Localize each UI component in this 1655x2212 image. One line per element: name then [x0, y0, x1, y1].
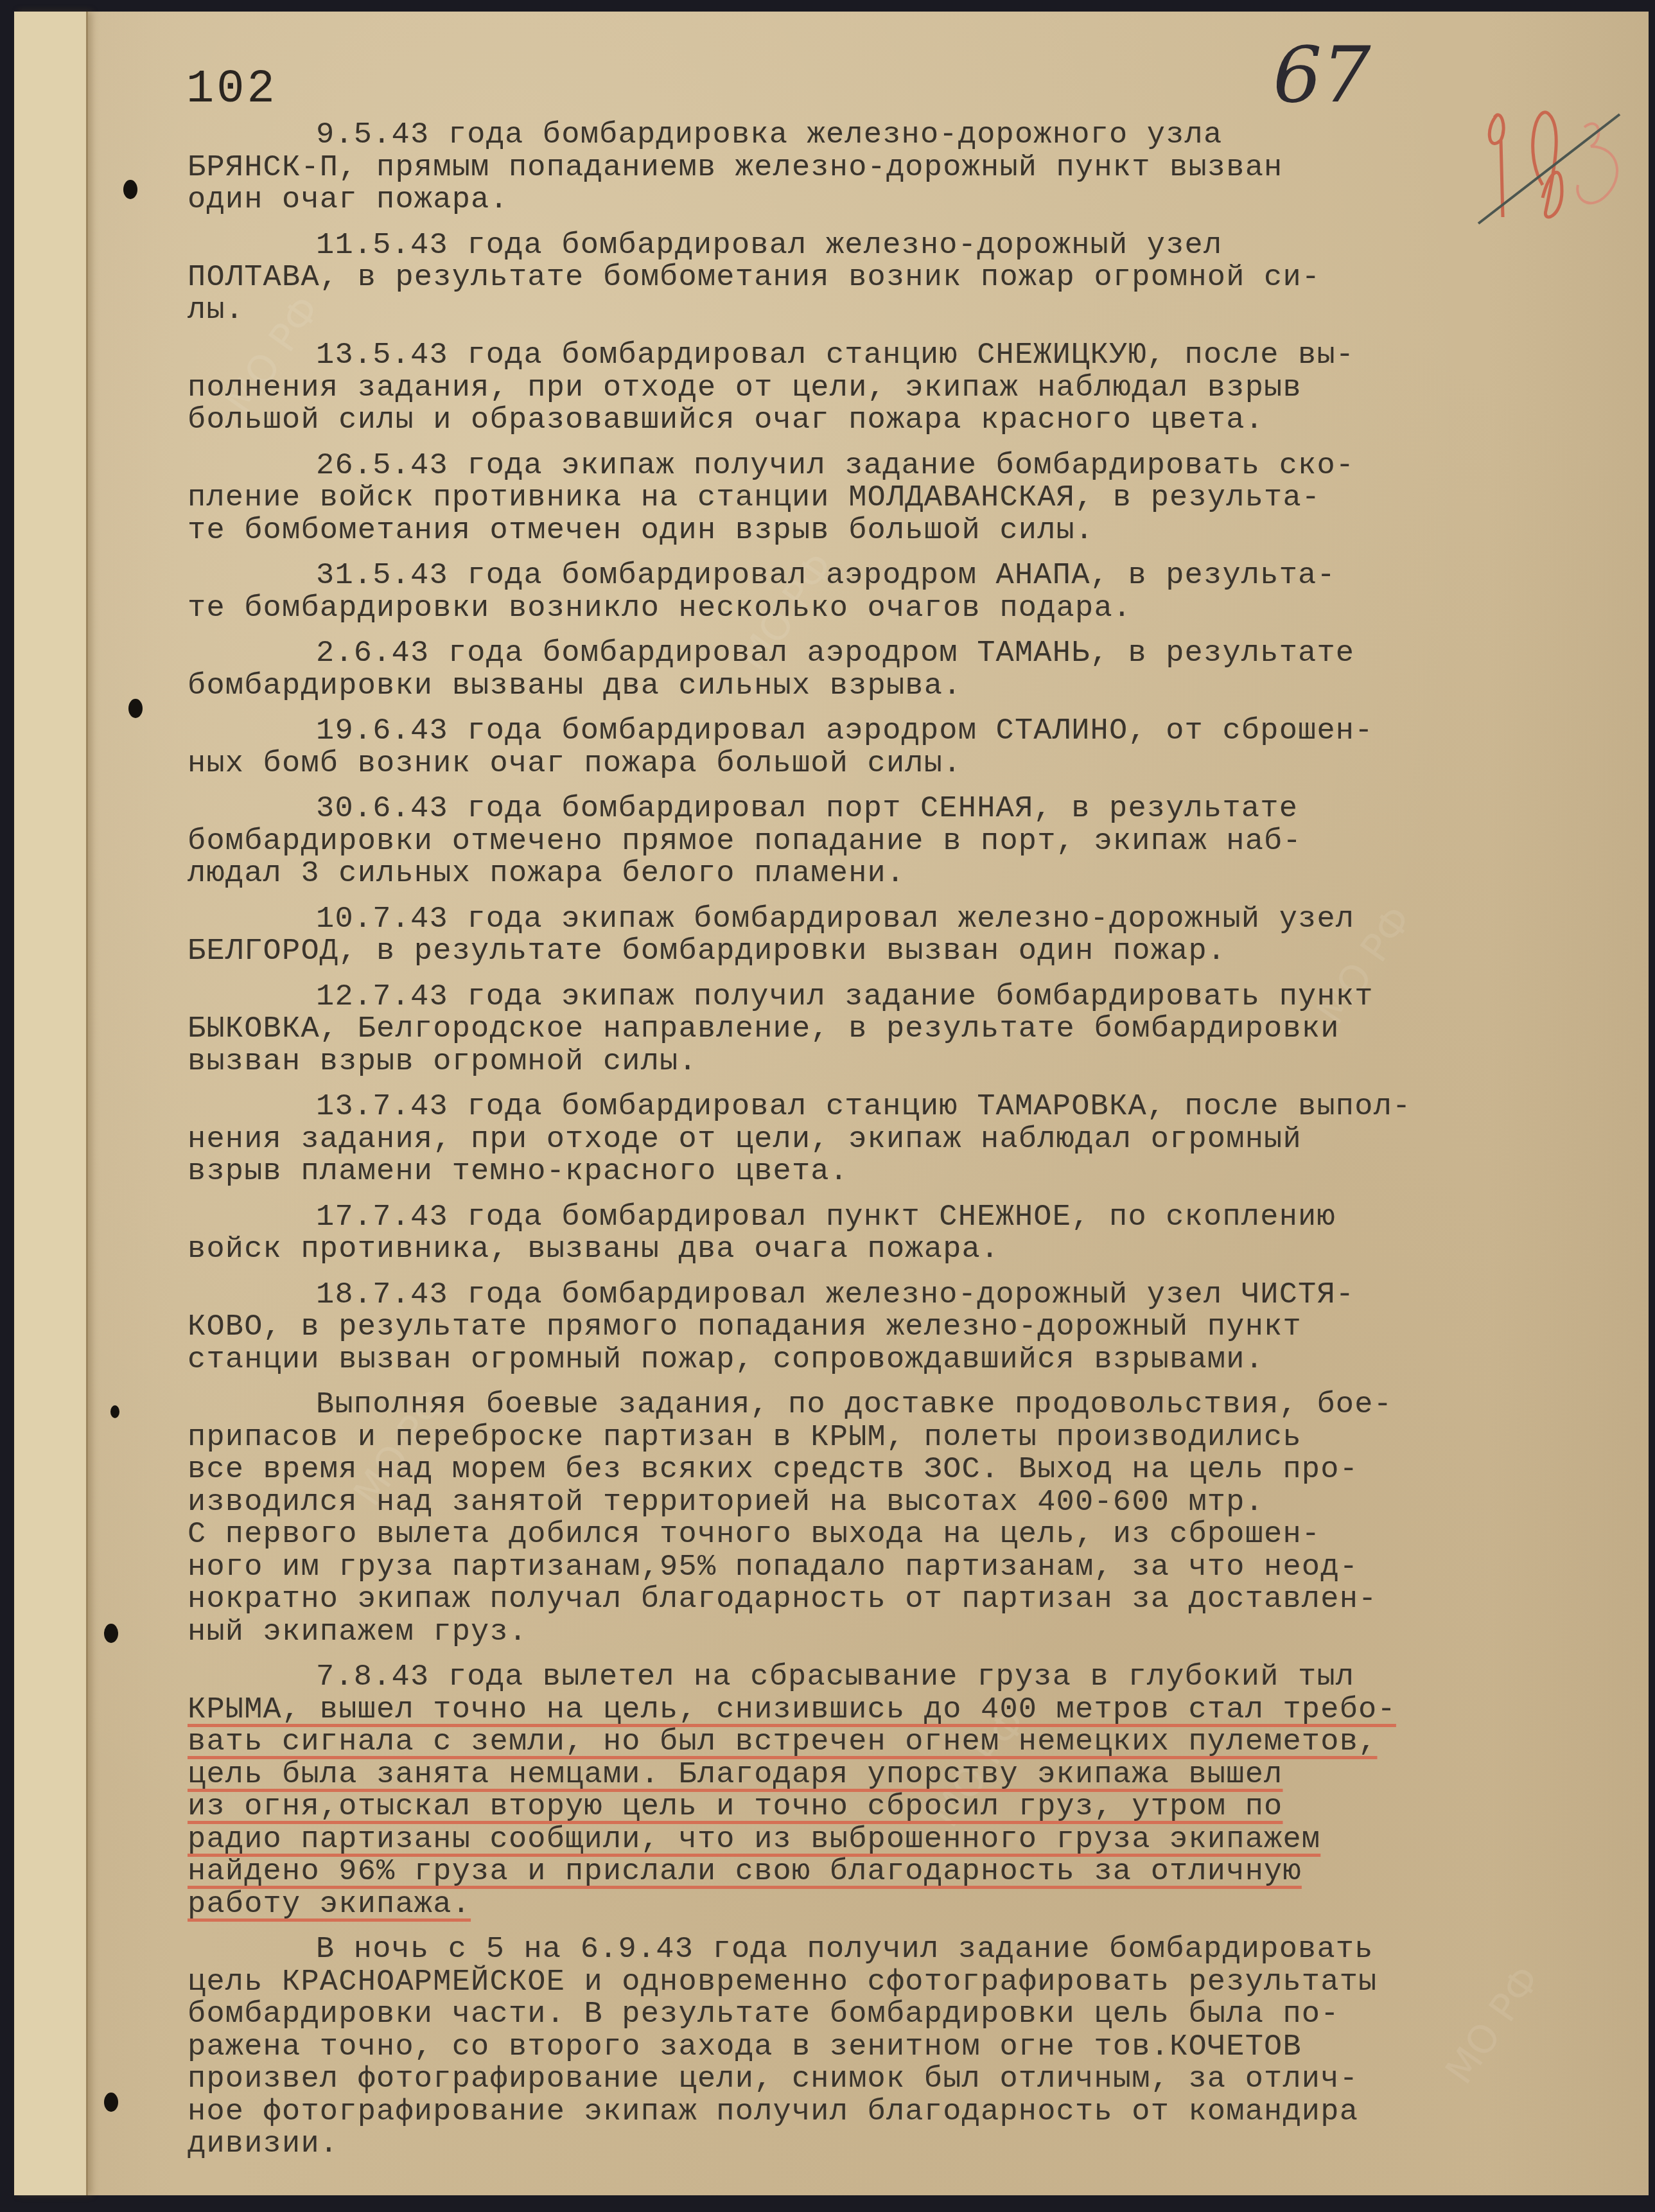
report-paragraph: 10.7.43 года экипаж бомбардировал железн…	[188, 904, 1620, 969]
line-text: работу экипажа.	[188, 1888, 471, 1922]
document-body: 9.5.43 года бомбардировка железно-дорожн…	[188, 119, 1620, 2174]
line-text: 31.5.43 года бомбардировал аэродром АНАП…	[316, 559, 1336, 593]
line-text: войск противника, вызваны два очага пожа…	[188, 1233, 999, 1267]
line-text: бомбардировки вызваны два сильных взрыва…	[188, 669, 962, 703]
text-line: Выполняя боевые задания, по доставке про…	[188, 1389, 1620, 1422]
line-text: бомбардировки отмечено прямое попадание …	[188, 825, 1302, 859]
text-line: большой силы и образовавшийся очаг пожар…	[188, 405, 1620, 437]
binder-hole	[104, 2093, 118, 2112]
binder-hole	[110, 1405, 119, 1418]
text-line: ное фотографирование экипаж получил благ…	[188, 2096, 1620, 2129]
line-text: полнения задания, при отходе от цели, эк…	[188, 371, 1302, 405]
line-text: цель была занята немцами. Благодаря упор…	[188, 1758, 1283, 1792]
binding-margin-strip	[14, 12, 88, 2195]
text-line: людал 3 сильных пожара белого пламени.	[188, 858, 1620, 891]
text-line: нократно экипаж получал благодарность от…	[188, 1584, 1620, 1617]
report-paragraph: 12.7.43 года экипаж получил задание бомб…	[188, 981, 1620, 1079]
text-line: 7.8.43 года вылетел на сбрасывание груза…	[188, 1662, 1620, 1694]
text-line: В ночь с 5 на 6.9.43 года получил задани…	[188, 1934, 1620, 1967]
line-text: все время над морем без всяких средств З…	[188, 1453, 1358, 1487]
text-line: те бомбардировки возникло несколько очаг…	[188, 593, 1620, 626]
text-line: ного им груза партизанам,95% попадало па…	[188, 1552, 1620, 1584]
line-text: те бомбардировки возникло несколько очаг…	[188, 592, 1132, 626]
text-line: ных бомб возник очаг пожара большой силы…	[188, 748, 1620, 781]
line-text: КОВО, в результате прямого попадания жел…	[188, 1310, 1302, 1344]
text-line: 19.6.43 года бомбардировал аэродром СТАЛ…	[188, 715, 1620, 748]
line-text: ное фотографирование экипаж получил благ…	[188, 2095, 1358, 2129]
line-text: припасов и переброске партизан в КРЫМ, п…	[188, 1421, 1302, 1455]
text-line: вать сигнала с земли, но был встречен ог…	[188, 1726, 1620, 1759]
text-line: 26.5.43 года экипаж получил задание бомб…	[188, 450, 1620, 483]
line-text: дивизии.	[188, 2127, 338, 2161]
report-paragraph: В ночь с 5 на 6.9.43 года получил задани…	[188, 1934, 1620, 2161]
line-text: 26.5.43 года экипаж получил задание бомб…	[316, 449, 1354, 483]
text-line: БРЯНСК-П, прямым попаданиемв железно-дор…	[188, 152, 1620, 185]
text-line: 31.5.43 года бомбардировал аэродром АНАП…	[188, 560, 1620, 593]
report-paragraph: 30.6.43 года бомбардировал порт СЕННАЯ, …	[188, 793, 1620, 891]
line-text: большой силы и образовавшийся очаг пожар…	[188, 403, 1264, 437]
line-text: радио партизаны сообщили, что из выброше…	[188, 1823, 1320, 1857]
text-line: припасов и переброске партизан в КРЫМ, п…	[188, 1422, 1620, 1455]
text-line: 11.5.43 года бомбардировал железно-дорож…	[188, 230, 1620, 263]
text-line: взрыв пламени темно-красного цвета.	[188, 1156, 1620, 1189]
text-line: бомбардировки вызваны два сильных взрыва…	[188, 671, 1620, 703]
text-line: ный экипажем груз.	[188, 1617, 1620, 1649]
line-text: ражена точно, со второго захода в зенитн…	[188, 2030, 1302, 2064]
line-text: 9.5.43 года бомбардировка железно-дорожн…	[316, 118, 1222, 152]
binder-hole	[123, 180, 137, 199]
line-text: пление войск противника на станции МОЛДА…	[188, 481, 1320, 515]
text-line: цель КРАСНОАРМЕЙСКОЕ и одновременно сфот…	[188, 1967, 1620, 1999]
text-line: один очаг пожара.	[188, 184, 1620, 217]
typed-page-number: 102	[186, 63, 277, 116]
text-line: те бомбометания отмечен один взрыв больш…	[188, 515, 1620, 548]
report-paragraph: 13.5.43 года бомбардировал станцию СНЕЖИ…	[188, 340, 1620, 437]
line-text: лы.	[188, 294, 244, 328]
text-line: изводился над занятой территорией на выс…	[188, 1487, 1620, 1520]
line-text: БЫКОВКА, Белгородское направление, в рез…	[188, 1012, 1340, 1046]
report-paragraph: 13.7.43 года бомбардировал станцию ТАМАР…	[188, 1091, 1620, 1189]
handwritten-page-number: 67	[1273, 31, 1371, 120]
text-line: лы.	[188, 295, 1620, 328]
line-text: Выполняя боевые задания, по доставке про…	[316, 1388, 1392, 1422]
text-line: из огня,отыскал вторую цель и точно сбро…	[188, 1791, 1620, 1824]
text-line: КРЫМА, вышел точно на цель, снизившись д…	[188, 1694, 1620, 1727]
line-text: 13.7.43 года бомбардировал станцию ТАМАР…	[316, 1090, 1411, 1124]
line-text: В ночь с 5 на 6.9.43 года получил задани…	[316, 1933, 1374, 1967]
line-text: 17.7.43 года бомбардировал пункт СНЕЖНОЕ…	[316, 1200, 1336, 1234]
text-line: найдено 96% груза и прислали свою благод…	[188, 1856, 1620, 1889]
line-text: из огня,отыскал вторую цель и точно сбро…	[188, 1790, 1283, 1824]
text-line: 13.5.43 года бомбардировал станцию СНЕЖИ…	[188, 340, 1620, 373]
line-text: 13.5.43 года бомбардировал станцию СНЕЖИ…	[316, 338, 1354, 373]
line-text: БЕЛГОРОД, в результате бомбардировки выз…	[188, 935, 1226, 969]
text-line: радио партизаны сообщили, что из выброше…	[188, 1824, 1620, 1857]
text-line: 13.7.43 года бомбардировал станцию ТАМАР…	[188, 1091, 1620, 1124]
line-text: произвел фотографирование цели, снимок б…	[188, 2062, 1358, 2096]
text-line: БЫКОВКА, Белгородское направление, в рез…	[188, 1014, 1620, 1046]
line-text: БРЯНСК-П, прямым попаданиемв железно-дор…	[188, 151, 1283, 185]
text-line: 9.5.43 года бомбардировка железно-дорожн…	[188, 119, 1620, 152]
line-text: КРЫМА, вышел точно на цель, снизившись д…	[188, 1693, 1396, 1727]
text-line: работу экипажа.	[188, 1889, 1620, 1922]
text-line: ПОЛТАВА, в результате бомбометания возни…	[188, 262, 1620, 295]
text-line: бомбардировки части. В результате бомбар…	[188, 1999, 1620, 2032]
text-line: 17.7.43 года бомбардировал пункт СНЕЖНОЕ…	[188, 1202, 1620, 1234]
text-line: цель была занята немцами. Благодаря упор…	[188, 1759, 1620, 1792]
line-text: вать сигнала с земли, но был встречен ог…	[188, 1725, 1378, 1759]
line-text: нения задания, при отходе от цели, экипа…	[188, 1123, 1302, 1157]
line-text: 2.6.43 года бомбардировал аэродром ТАМАН…	[316, 636, 1354, 671]
text-line: нения задания, при отходе от цели, экипа…	[188, 1124, 1620, 1157]
text-line: 10.7.43 года экипаж бомбардировал железн…	[188, 904, 1620, 936]
text-line: КОВО, в результате прямого попадания жел…	[188, 1312, 1620, 1344]
line-text: один очаг пожара.	[188, 183, 509, 217]
line-text: вызван взрыв огромной силы.	[188, 1045, 697, 1079]
line-text: С первого вылета добился точного выхода …	[188, 1518, 1320, 1552]
report-paragraph: Выполняя боевые задания, по доставке про…	[188, 1389, 1620, 1649]
report-paragraph: 17.7.43 года бомбардировал пункт СНЕЖНОЕ…	[188, 1202, 1620, 1267]
text-line: 2.6.43 года бомбардировал аэродром ТАМАН…	[188, 638, 1620, 671]
line-text: 19.6.43 года бомбардировал аэродром СТАЛ…	[316, 714, 1374, 748]
line-text: станции вызван огромный пожар, сопровожд…	[188, 1343, 1264, 1377]
text-line: пление войск противника на станции МОЛДА…	[188, 482, 1620, 515]
line-text: те бомбометания отмечен один взрыв больш…	[188, 514, 1094, 548]
line-text: 12.7.43 года экипаж получил задание бомб…	[316, 980, 1374, 1014]
report-paragraph: 19.6.43 года бомбардировал аэродром СТАЛ…	[188, 715, 1620, 780]
text-line: войск противника, вызваны два очага пожа…	[188, 1234, 1620, 1267]
report-paragraph: 7.8.43 года вылетел на сбрасывание груза…	[188, 1662, 1620, 1921]
line-text: людал 3 сильных пожара белого пламени.	[188, 857, 905, 891]
text-line: дивизии.	[188, 2129, 1620, 2161]
line-text: 10.7.43 года экипаж бомбардировал железн…	[316, 902, 1354, 936]
text-line: вызван взрыв огромной силы.	[188, 1046, 1620, 1079]
text-line: 30.6.43 года бомбардировал порт СЕННАЯ, …	[188, 793, 1620, 826]
line-text: нократно экипаж получал благодарность от…	[188, 1583, 1378, 1617]
report-paragraph: 9.5.43 года бомбардировка железно-дорожн…	[188, 119, 1620, 217]
text-line: 12.7.43 года экипаж получил задание бомб…	[188, 981, 1620, 1014]
report-paragraph: 31.5.43 года бомбардировал аэродром АНАП…	[188, 560, 1620, 625]
line-text: найдено 96% груза и прислали свою благод…	[188, 1855, 1302, 1889]
text-line: бомбардировки отмечено прямое попадание …	[188, 826, 1620, 859]
line-text: цель КРАСНОАРМЕЙСКОЕ и одновременно сфот…	[188, 1965, 1378, 1999]
line-text: бомбардировки части. В результате бомбар…	[188, 1997, 1340, 2032]
text-line: ражена точно, со второго захода в зенитн…	[188, 2032, 1620, 2064]
line-text: ный экипажем груз.	[188, 1615, 527, 1649]
line-text: ных бомб возник очаг пожара большой силы…	[188, 747, 962, 781]
text-line: все время над морем без всяких средств З…	[188, 1454, 1620, 1487]
text-line: С первого вылета добился точного выхода …	[188, 1519, 1620, 1552]
line-text: 11.5.43 года бомбардировал железно-дорож…	[316, 229, 1222, 263]
text-line: станции вызван огромный пожар, сопровожд…	[188, 1344, 1620, 1377]
binder-hole	[128, 699, 143, 718]
line-text: изводился над занятой территорией на выс…	[188, 1486, 1264, 1520]
binder-hole	[104, 1624, 118, 1643]
text-line: произвел фотографирование цели, снимок б…	[188, 2064, 1620, 2096]
line-text: ного им груза партизанам,95% попадало па…	[188, 1550, 1358, 1584]
report-paragraph: 2.6.43 года бомбардировал аэродром ТАМАН…	[188, 638, 1620, 703]
line-text: 30.6.43 года бомбардировал порт СЕННАЯ, …	[316, 792, 1298, 826]
report-paragraph: 11.5.43 года бомбардировал железно-дорож…	[188, 230, 1620, 328]
line-text: 18.7.43 года бомбардировал железно-дорож…	[316, 1278, 1354, 1312]
line-text: 7.8.43 года вылетел на сбрасывание груза…	[316, 1660, 1354, 1694]
text-line: 18.7.43 года бомбардировал железно-дорож…	[188, 1279, 1620, 1312]
report-paragraph: 18.7.43 года бомбардировал железно-дорож…	[188, 1279, 1620, 1377]
line-text: взрыв пламени темно-красного цвета.	[188, 1155, 848, 1189]
text-line: БЕЛГОРОД, в результате бомбардировки выз…	[188, 936, 1620, 969]
text-line: полнения задания, при отходе от цели, эк…	[188, 373, 1620, 405]
document-sheet: МО РФ МО РФ МО РФ МО РФ МО РФ МО РФ 102 …	[14, 12, 1649, 2195]
report-paragraph: 26.5.43 года экипаж получил задание бомб…	[188, 450, 1620, 548]
line-text: ПОЛТАВА, в результате бомбометания возни…	[188, 261, 1320, 295]
